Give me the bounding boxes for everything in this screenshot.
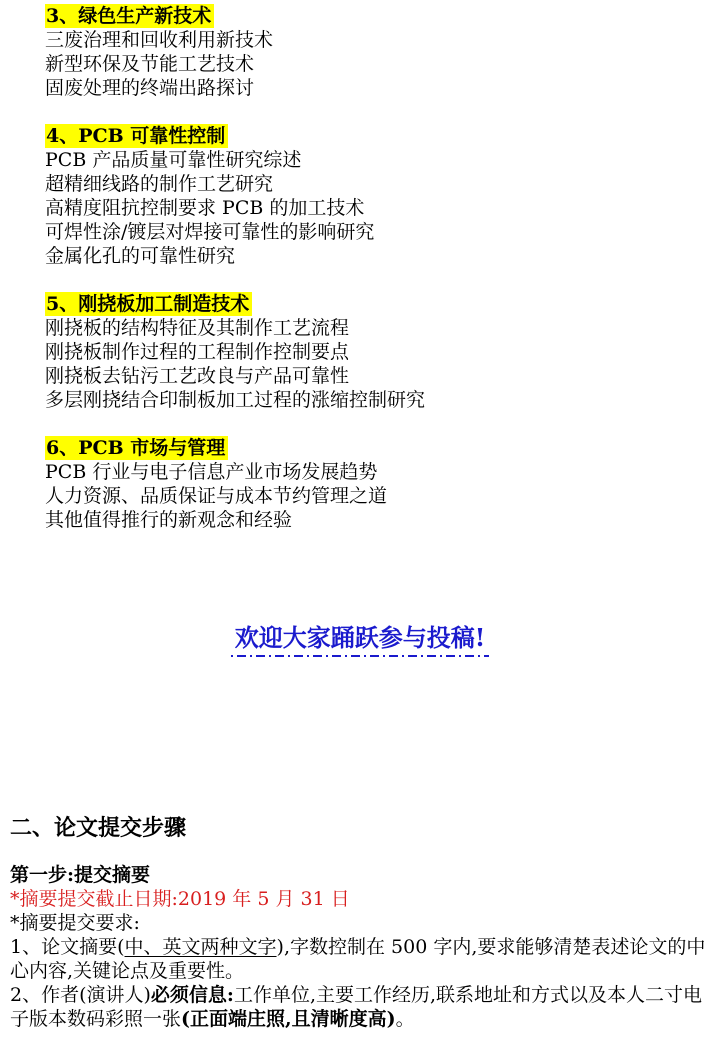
topic-heading-highlight: 3、绿色生产新技术	[45, 4, 214, 28]
topic-item: 刚挠板制作过程的工程制作控制要点	[45, 340, 720, 364]
step1-title: 第一步:提交摘要	[10, 863, 710, 887]
topic-item: 金属化孔的可靠性研究	[45, 244, 720, 268]
topics-list: 3、绿色生产新技术 三废治理和回收利用新技术 新型环保及节能工艺技术 固废处理的…	[0, 0, 720, 532]
topic-item: 多层刚挠结合印制板加工过程的涨缩控制研究	[45, 388, 720, 412]
topic-heading-highlight: 5、刚挠板加工制造技术	[45, 292, 252, 316]
submission-step1-block: 第一步:提交摘要 *摘要提交截止日期:2019 年 5 月 31 日 *摘要提交…	[10, 863, 710, 1031]
topic-section-5: 5、刚挠板加工制造技术 刚挠板的结构特征及其制作工艺流程 刚挠板制作过程的工程制…	[45, 292, 720, 412]
abstract-requirements-label: *摘要提交要求:	[10, 911, 710, 935]
document-page: 3、绿色生产新技术 三废治理和回收利用新技术 新型环保及节能工艺技术 固废处理的…	[0, 0, 720, 1051]
topic-section-4: 4、PCB 可靠性控制 PCB 产品质量可靠性研究综述 超精细线路的制作工艺研究…	[45, 124, 720, 268]
topic-heading-highlight: 4、PCB 可靠性控制	[45, 124, 228, 148]
topic-heading-highlight: 6、PCB 市场与管理	[45, 436, 228, 460]
topic-item: 人力资源、品质保证与成本节约管理之道	[45, 484, 720, 508]
requirement-1-pre: 1、论文摘要(	[10, 936, 125, 958]
topic-item: PCB 产品质量可靠性研究综述	[45, 148, 720, 172]
requirement-1: 1、论文摘要(中、英文两种文字),字数控制在 500 字内,要求能够清楚表述论文…	[10, 935, 710, 983]
call-to-action-row: 欢迎大家踊跃参与投稿!	[0, 623, 720, 653]
topic-item: 刚挠板去钻污工艺改良与产品可靠性	[45, 364, 720, 388]
call-to-action-text: 欢迎大家踊跃参与投稿!	[231, 623, 490, 657]
abstract-deadline: *摘要提交截止日期:2019 年 5 月 31 日	[10, 887, 710, 911]
topic-item: 超精细线路的制作工艺研究	[45, 172, 720, 196]
submission-steps-heading: 二、论文提交步骤	[10, 813, 720, 843]
requirement-1-underlined: 中、英文两种文字	[125, 936, 277, 958]
topic-heading-row: 6、PCB 市场与管理	[45, 436, 720, 460]
topic-item: 高精度阻抗控制要求 PCB 的加工技术	[45, 196, 720, 220]
requirement-2-bold2: (正面端庄照,且清晰度高)	[181, 1008, 396, 1030]
topic-heading-row: 4、PCB 可靠性控制	[45, 124, 720, 148]
topic-item: PCB 行业与电子信息产业市场发展趋势	[45, 460, 720, 484]
requirement-2-bold1: 必须信息:	[151, 984, 234, 1006]
topic-item: 刚挠板的结构特征及其制作工艺流程	[45, 316, 720, 340]
requirement-2-post: 。	[396, 1008, 415, 1030]
topic-item: 三废治理和回收利用新技术	[45, 28, 720, 52]
topic-heading-row: 5、刚挠板加工制造技术	[45, 292, 720, 316]
topic-section-6: 6、PCB 市场与管理 PCB 行业与电子信息产业市场发展趋势 人力资源、品质保…	[45, 436, 720, 532]
topic-heading-row: 3、绿色生产新技术	[45, 4, 720, 28]
topic-item: 固废处理的终端出路探讨	[45, 76, 720, 100]
topic-item: 可焊性涂/镀层对焊接可靠性的影响研究	[45, 220, 720, 244]
topic-section-3: 3、绿色生产新技术 三废治理和回收利用新技术 新型环保及节能工艺技术 固废处理的…	[45, 4, 720, 100]
requirement-2: 2、作者(演讲人)必须信息:工作单位,主要工作经历,联系地址和方式以及本人二寸电…	[10, 983, 710, 1031]
topic-item: 其他值得推行的新观念和经验	[45, 508, 720, 532]
requirement-2-pre: 2、作者(演讲人)	[10, 984, 151, 1006]
topic-item: 新型环保及节能工艺技术	[45, 52, 720, 76]
